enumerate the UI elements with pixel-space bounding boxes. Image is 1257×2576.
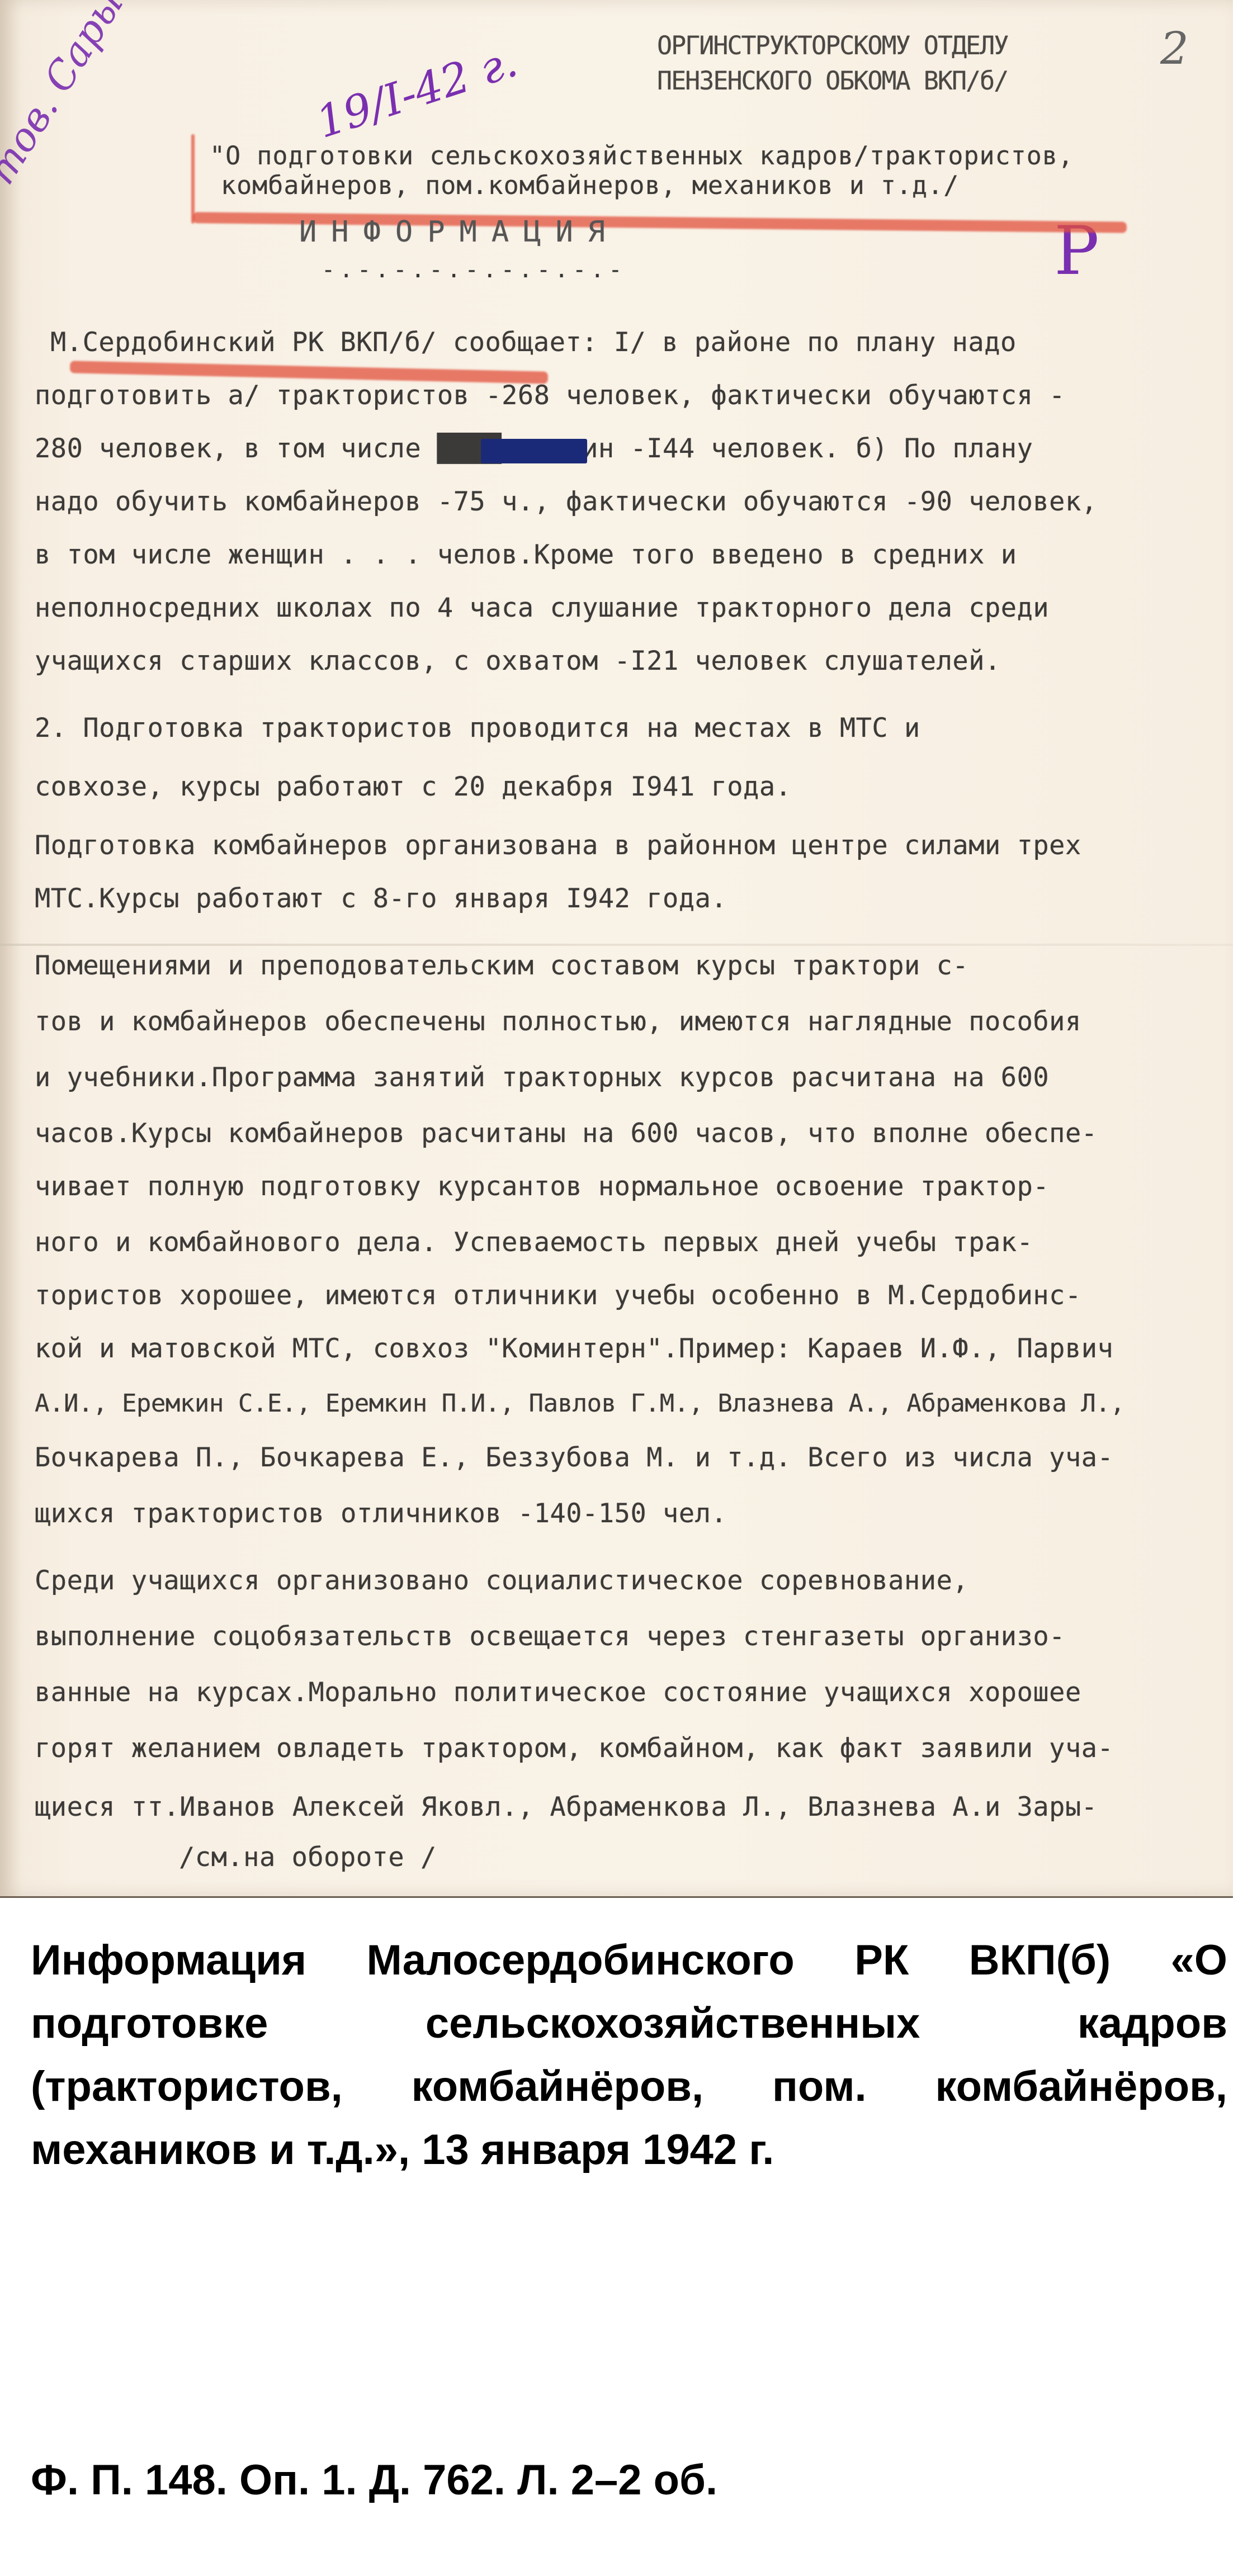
red-pencil-bracket: [191, 134, 195, 224]
body-line: горят желанием овладеть трактором, комба…: [35, 1733, 1113, 1764]
body-line: совхозе, курсы работают с 20 декабря I94…: [35, 771, 791, 802]
subject-line-1: "О подготовки сельскохозяйственных кадро…: [210, 141, 1074, 171]
body-line: подготовить а/ трактористов -268 человек…: [35, 380, 1065, 411]
document-heading: ИНФОРМАЦИЯ: [299, 215, 620, 249]
redaction-mark: [481, 439, 587, 463]
subject-line-2: комбайнеров, пом.комбайнеров, механиков …: [221, 171, 959, 200]
body-line: щихся трактористов отличников -140-150 ч…: [35, 1498, 727, 1529]
body-line: тов и комбайнеров обеспечены полностью, …: [35, 1006, 1081, 1037]
handwritten-date: 19/I-42 г.: [310, 36, 523, 148]
heading-rule: -.-.-.-.-.-.-.-.-: [322, 257, 626, 283]
body-line: Помещениями и преподовательским составом…: [35, 950, 968, 981]
body-line: ного и комбайнового дела. Успеваемость п…: [35, 1227, 1033, 1258]
footer-note-see-reverse: /см.на обороте /: [179, 1842, 437, 1873]
body-line: МТС.Курсы работают с 8-го января I942 го…: [35, 883, 727, 914]
addressee-line-1: ОРГИНСТРУКТОРСКОМУ ОТДЕЛУ: [657, 31, 1008, 60]
body-line: надо обучить комбайнеров -75 ч., фактиче…: [35, 486, 1098, 517]
addressee-line-2: ПЕНЗЕНСКОГО ОБКОМА ВКП/б/: [657, 66, 1008, 96]
body-line: и учебники.Программа занятий тракторных …: [35, 1062, 1049, 1093]
body-line: учащихся старших классов, с охватом -I21…: [35, 646, 1001, 676]
body-line: ванные на курсах.Морально политическое с…: [35, 1677, 1081, 1708]
body-line: чивает полную подготовку курсантов норма…: [35, 1171, 1049, 1202]
body-line: Среди учащихся организовано социалистиче…: [35, 1565, 968, 1596]
body-line: неполносредних школах по 4 часа слушание…: [35, 593, 1049, 623]
body-line: Бочкарева П., Бочкарева Е., Беззубова М.…: [35, 1442, 1113, 1473]
body-line: кой и матовской МТС, совхоз "Коминтерн".…: [35, 1333, 1113, 1364]
archive-reference: Ф. П. 148. Оп. 1. Д. 762. Л. 2–2 об.: [31, 2456, 717, 2504]
body-line: А.И., Еремкин С.Е., Еремкин П.И., Павлов…: [35, 1389, 1124, 1418]
body-line: тористов хорошее, имеются отличники учеб…: [35, 1280, 1081, 1311]
document-caption-title: Информация Малосердобинского РК ВКП(б) «…: [31, 1929, 1227, 2181]
body-line: щиеся тт.Иванов Алексей Яковл., Абраменк…: [35, 1792, 1098, 1822]
body-line: Подготовка комбайнеров организована в ра…: [35, 830, 1081, 861]
body-line: выполнение соцобязательств освещается че…: [35, 1621, 1065, 1652]
body-line: 2. Подготовка трактористов проводится на…: [35, 713, 920, 744]
body-line: часов.Курсы комбайнеров расчитаны на 600…: [35, 1118, 1098, 1149]
body-line: М.Сердобинский РК ВКП/б/ сообщает: I/ в …: [50, 327, 1017, 358]
archival-document-page: 2 19/I-42 г. тов. Сарычеву к сведению Р …: [0, 0, 1233, 1898]
page-number-handwritten: 2: [1160, 22, 1189, 74]
body-line: в том числе женщин . . . челов.Кроме тог…: [35, 539, 1017, 570]
